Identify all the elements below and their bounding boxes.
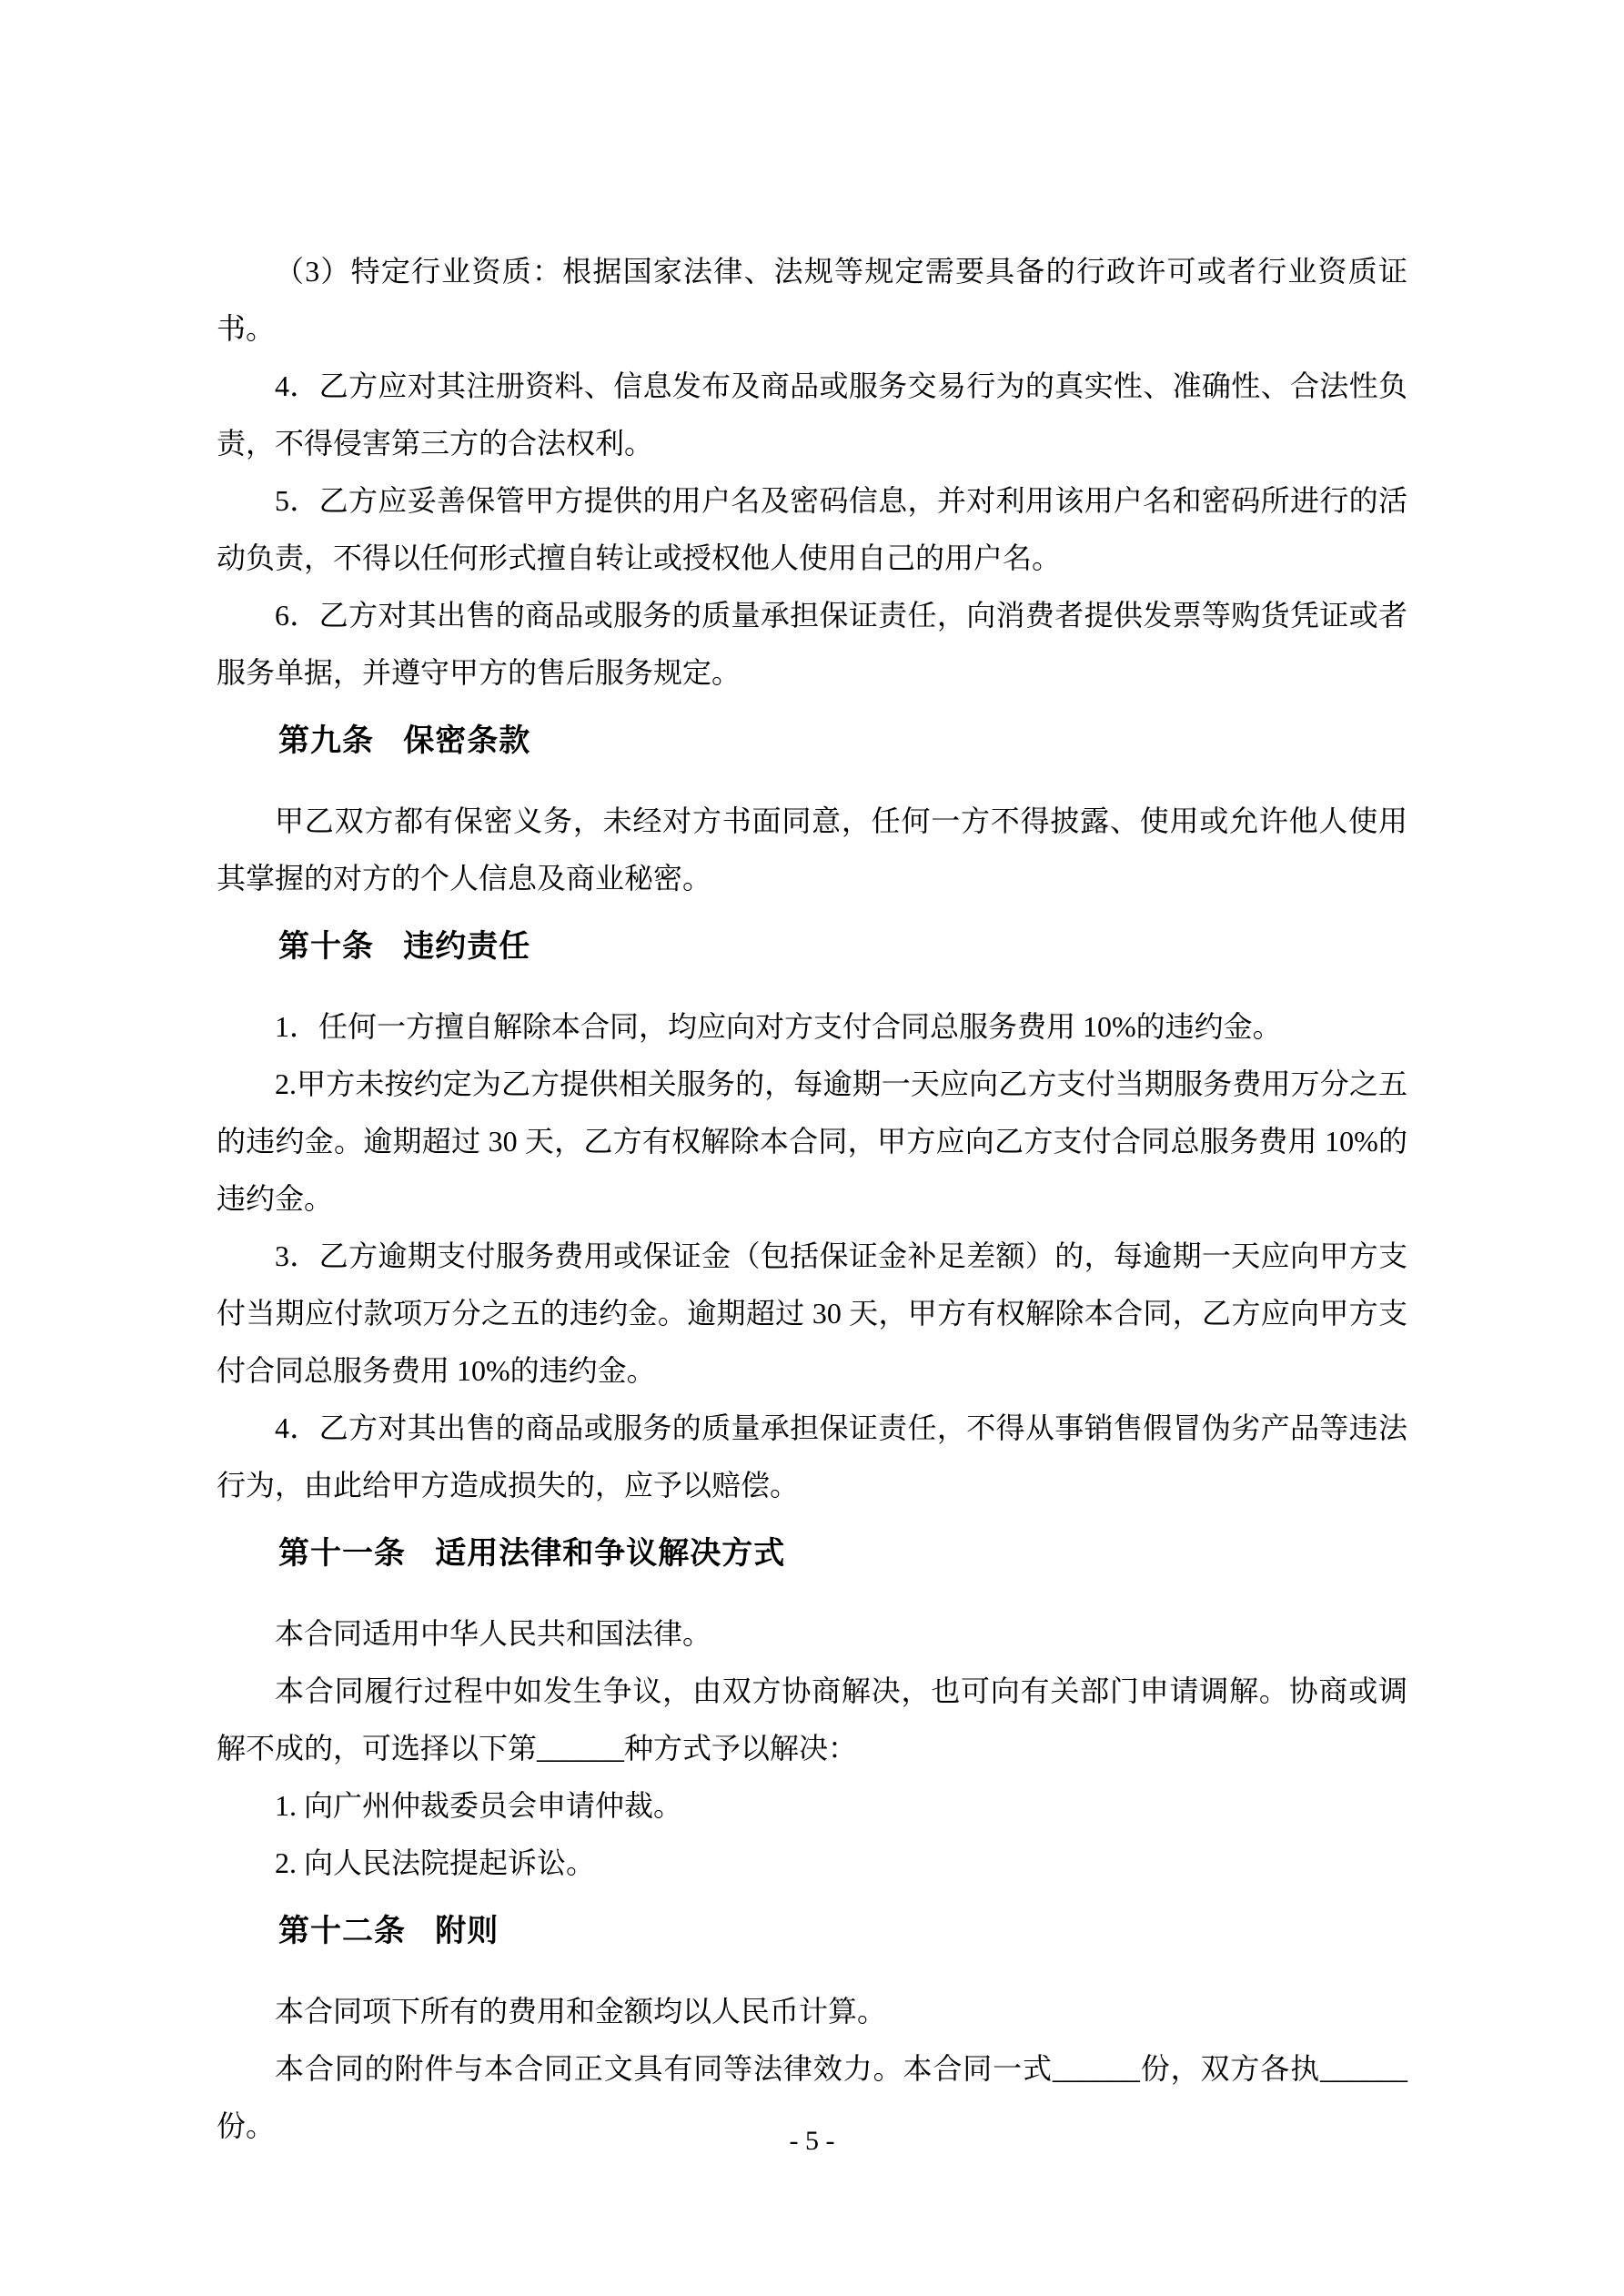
paragraph: 甲乙双方都有保密义务，未经对方书面同意，任何一方不得披露、使用或允许他人使用其掌…: [217, 793, 1407, 907]
clause-title: 附则: [435, 1914, 499, 1948]
clause-title: 保密条款: [403, 723, 530, 758]
clause-heading: 第十条违约责任: [217, 918, 1407, 976]
paragraph: 4．乙方应对其注册资料、信息发布及商品或服务交易行为的真实性、准确性、合法性负责…: [217, 358, 1407, 472]
paragraph: 本合同履行过程中如发生争议，由双方协商解决，也可向有关部门申请调解。协商或调解不…: [217, 1663, 1407, 1777]
paragraph: 1．任何一方擅自解除本合同，均应向对方支付合同总服务费用 10%的违约金。: [217, 998, 1407, 1056]
clause-heading: 第十一条适用法律和争议解决方式: [217, 1525, 1407, 1583]
paragraph: 1. 向广州仲裁委员会申请仲裁。: [217, 1777, 1407, 1835]
clause-number: 第十一条: [278, 1536, 406, 1571]
paragraph: 本合同适用中华人民共和国法律。: [217, 1605, 1407, 1663]
clause-heading: 第十二条附则: [217, 1903, 1407, 1960]
paragraph: 本合同项下所有的费用和金额均以人民币计算。: [217, 1983, 1407, 2040]
paragraph: 5．乙方应妥善保管甲方提供的用户名及密码信息，并对利用该用户名和密码所进行的活动…: [217, 472, 1407, 587]
clause-number: 第十二条: [278, 1914, 406, 1948]
paragraph: 3．乙方逾期支付服务费用或保证金（包括保证金补足差额）的，每逾期一天应向甲方支付…: [217, 1228, 1407, 1400]
clause-number: 第十条: [278, 929, 374, 964]
paragraph: 4．乙方对其出售的商品或服务的质量承担保证责任，不得从事销售假冒伪劣产品等违法行…: [217, 1400, 1407, 1514]
paragraph: 2.甲方未按约定为乙方提供相关服务的，每逾期一天应向乙方支付当期服务费用万分之五…: [217, 1056, 1407, 1228]
clause-title: 违约责任: [403, 929, 530, 964]
clause-heading: 第九条保密条款: [217, 713, 1407, 770]
paragraph: 6．乙方对其出售的商品或服务的质量承担保证责任，向消费者提供发票等购货凭证或者服…: [217, 587, 1407, 702]
paragraph: （3）特定行业资质：根据国家法律、法规等规定需要具备的行政许可或者行业资质证书。: [217, 243, 1407, 358]
document-body: （3）特定行业资质：根据国家法律、法规等规定需要具备的行政许可或者行业资质证书。…: [217, 0, 1407, 2155]
clause-number: 第九条: [278, 723, 374, 758]
page-number: - 5 -: [0, 2126, 1624, 2157]
contract-page: { "page": { "background_color": "#ffffff…: [0, 0, 1624, 2296]
clause-title: 适用法律和争议解决方式: [435, 1536, 785, 1571]
paragraph: 2. 向人民法院提起诉讼。: [217, 1835, 1407, 1892]
